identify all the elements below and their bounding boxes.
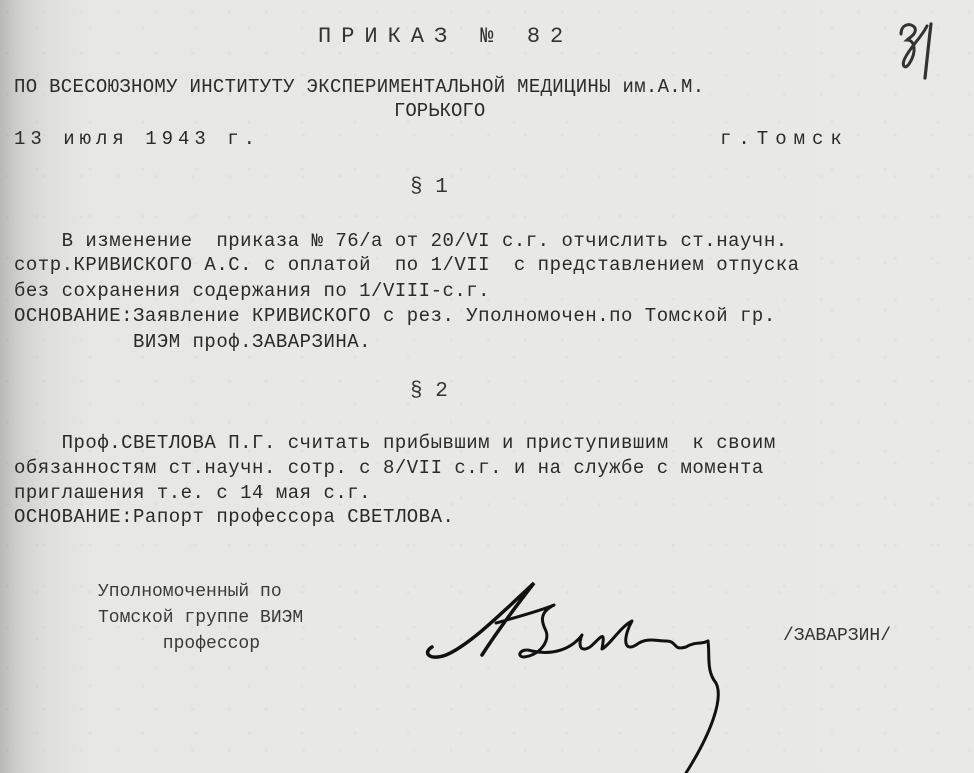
order-city: г.Томск bbox=[720, 128, 849, 150]
section-1-heading: § 1 bbox=[410, 176, 448, 199]
handwritten-signature bbox=[410, 575, 730, 773]
section-1-line: без сохранения содержания по 1/VIII-с.г. bbox=[14, 280, 490, 302]
signatory-name: /ЗАВАРЗИН/ bbox=[783, 626, 891, 646]
section-2-basis: ОСНОВАНИЕ:Рапорт профессора СВЕТЛОВА. bbox=[14, 506, 454, 528]
institute-name-line1: ПО ВСЕСОЮЗНОМУ ИНСТИТУТУ ЭКСПЕРИМЕНТАЛЬН… bbox=[14, 76, 704, 98]
order-title: ПРИКАЗ № 82 bbox=[318, 24, 573, 49]
section-2-line: приглашения т.е. с 14 мая с.г. bbox=[14, 482, 371, 504]
section-1-basis-cont: ВИЭМ проф.ЗАВАРЗИНА. bbox=[14, 331, 371, 353]
handwritten-page-number bbox=[895, 10, 945, 80]
section-2-line: Проф.СВЕТЛОВА П.Г. считать прибывшим и п… bbox=[14, 432, 776, 454]
signatory-line: профессор bbox=[98, 632, 260, 657]
section-1-basis: ОСНОВАНИЕ:Заявление КРИВИСКОГО с рез. Уп… bbox=[14, 305, 776, 327]
section-2-heading: § 2 bbox=[410, 380, 448, 403]
signatory-line: Уполномоченный по bbox=[98, 580, 282, 605]
section-2-line: обязанностям ст.научн. сотр. с 8/VII с.г… bbox=[14, 457, 764, 479]
section-1-line: сотр.КРИВИСКОГО А.С. с оплатой по 1/VII … bbox=[14, 254, 800, 276]
section-1-line: В изменение приказа № 76/а от 20/VI с.г.… bbox=[14, 230, 788, 252]
institute-name-line2: ГОРЬКОГО bbox=[394, 100, 485, 122]
document-page: 31 ПРИКАЗ № 82 ПО ВСЕСОЮЗНОМУ ИНСТИТУТУ … bbox=[0, 0, 974, 773]
order-date: 13 июля 1943 г. bbox=[14, 128, 260, 150]
signatory-line: Томской группе ВИЭМ bbox=[98, 606, 303, 631]
